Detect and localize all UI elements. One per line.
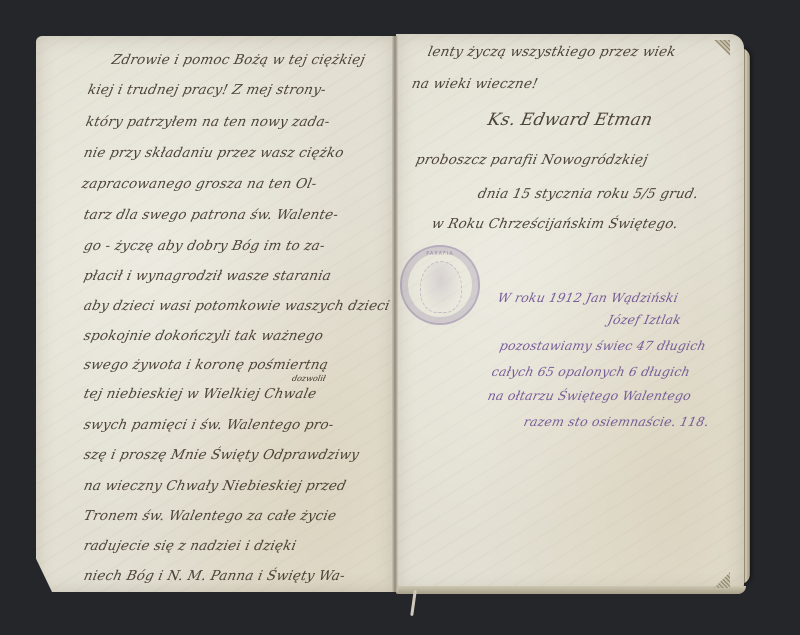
left-line: zapracowanego grosza na ten Ol- xyxy=(80,176,318,192)
left-line: swego żywota i koronę pośmiertną xyxy=(82,357,329,373)
left-line: płacił i wynagrodził wasze starania xyxy=(82,268,332,284)
left-line: na wieczny Chwały Niebieskiej przed xyxy=(82,478,347,494)
violet-entry-line: pozostawiamy świec 47 długich xyxy=(498,338,707,353)
left-line: tej niebieskiej w Wielkiej Chwale xyxy=(82,386,318,402)
violet-entry-line: razem sto osiemnaście. 118. xyxy=(522,414,710,429)
saint-figure-icon xyxy=(420,261,462,313)
left-line: który patrzyłem na ten nowy zada- xyxy=(84,114,331,130)
left-line: nie przy składaniu przez wasz ciężko xyxy=(82,145,345,161)
left-line: go - życzę aby dobry Bóg im to za- xyxy=(82,238,326,254)
violet-entry-line: na ołtarzu Świętego Walentego xyxy=(486,388,692,403)
left-line: swych pamięci i św. Walentego pro- xyxy=(82,417,335,433)
left-line: tarz dla swego patrona św. Walente- xyxy=(82,207,339,223)
violet-entry-line: W roku 1912 Jan Wądziński xyxy=(496,290,679,305)
book-bottom-edge xyxy=(396,586,746,594)
left-line: spokojnie dokończyli tak ważnego xyxy=(82,328,324,344)
signature-line: w Roku Chrześcijańskim Świętego. xyxy=(430,216,679,232)
signature: Ks. Edward Etman xyxy=(486,110,655,130)
right-line: lenty życzą wszystkiego przez wiek xyxy=(426,44,677,60)
right-line: na wieki wieczne! xyxy=(410,76,539,92)
left-line: Tronem św. Walentego za całe życie xyxy=(82,508,338,524)
left-line: niech Bóg i N. M. Panna i Święty Wa- xyxy=(82,568,346,584)
signature-line: dnia 15 stycznia roku 5/5 grud. xyxy=(476,186,700,202)
left-line: szę i proszę Mnie Święty Odprawdziwy xyxy=(82,447,360,463)
left-line: kiej i trudnej pracy! Z mej strony- xyxy=(86,82,327,98)
interlinear-note: dozwolił xyxy=(291,374,326,383)
signature-line: proboszcz parafii Nowogródzkiej xyxy=(414,152,649,168)
parish-stamp: PARAFIA xyxy=(400,245,480,325)
violet-entry-line: całych 65 opalonych 6 długich xyxy=(490,364,691,379)
book-gutter xyxy=(392,36,398,592)
left-line: aby dzieci wasi potomkowie waszych dziec… xyxy=(82,298,391,314)
stamp-text: PARAFIA xyxy=(402,251,478,257)
violet-entry-line: Józef Iztlak xyxy=(606,312,682,327)
left-line: Zdrowie i pomoc Bożą w tej ciężkiej xyxy=(110,52,366,68)
left-line: radujecie się z nadziei i dzięki xyxy=(82,538,297,554)
